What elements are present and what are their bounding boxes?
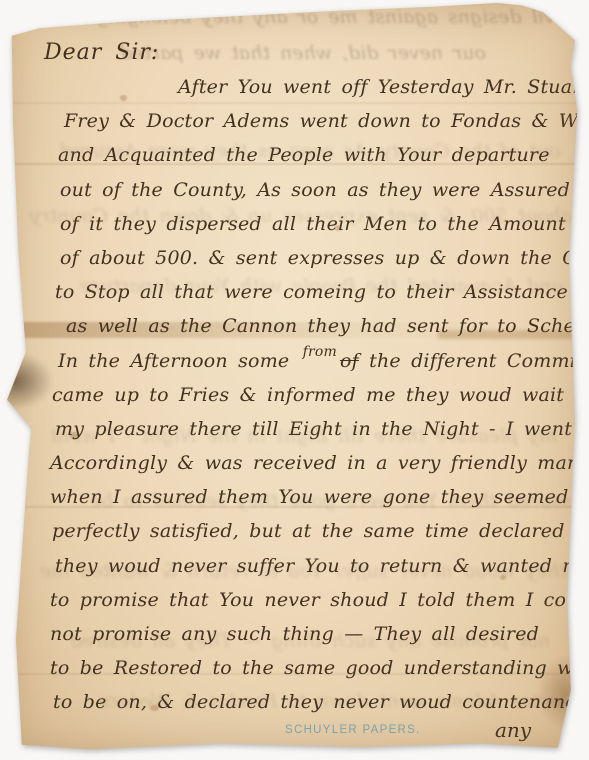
letter-line: Frey & Doctor Adems went down to Fondas … [64,104,589,138]
letter-line: out of the County, As soon as they were … [60,173,589,207]
letter-line: to promise that You never shoud I told t… [50,583,589,617]
letter-line: my pleasure there till Eight in the Nigh… [55,412,589,446]
letter-line: they woud never suffer You to return & w… [55,549,589,583]
letter-line: when I assured them You were gone they s… [50,480,589,514]
letter-line: Accordingly & was received in a very fri… [50,446,589,480]
salutation: Dear Sir: [44,40,159,65]
letter-line: not promise any such thing — They all de… [50,617,589,651]
letter-line: to Stop all that were comeing to their A… [55,275,589,309]
paper-shadow: evil designs against me or any they belo… [0,0,589,760]
letter-line: of it they dispersed all their Men to th… [60,207,589,241]
line-text: the different Committees [359,350,589,372]
letter-line: perfectly satisfied, but at the same tim… [52,514,589,548]
letter-page: evil designs against me or any they belo… [0,0,589,760]
letter-line: of about 500. & sent expresses up & down… [60,241,589,275]
letter-line: After You went off Yesterday Mr. Stuart [178,70,589,104]
letter-line: to be Restored to the same good understa… [50,651,589,685]
letter-line: to be on, & declared they never woud cou… [53,685,589,719]
letter-body: After You went off Yesterday Mr. Stuart … [0,70,589,720]
letter-line-with-insertion: In the Afternoon some fromof the differe… [58,344,589,378]
inserted-word: from [303,344,337,360]
struck-word: of [340,350,359,372]
letter-line: came up to Fries & informed me they woud… [52,378,589,412]
bleedthrough-text: evil designs against me or any they belo… [40,6,566,28]
catchword: any [495,718,531,742]
letter-line: as well as the Cannon they had sent for … [66,309,589,343]
bleedthrough-text: our never did, when that we parted [120,42,486,64]
line-text: In the Afternoon some [58,350,300,372]
letter-line: and Acquainted the People with Your depa… [58,138,589,172]
scanned-letter: evil designs against me or any they belo… [0,0,589,760]
archive-stamp: SCHUYLER PAPERS. [285,724,421,736]
